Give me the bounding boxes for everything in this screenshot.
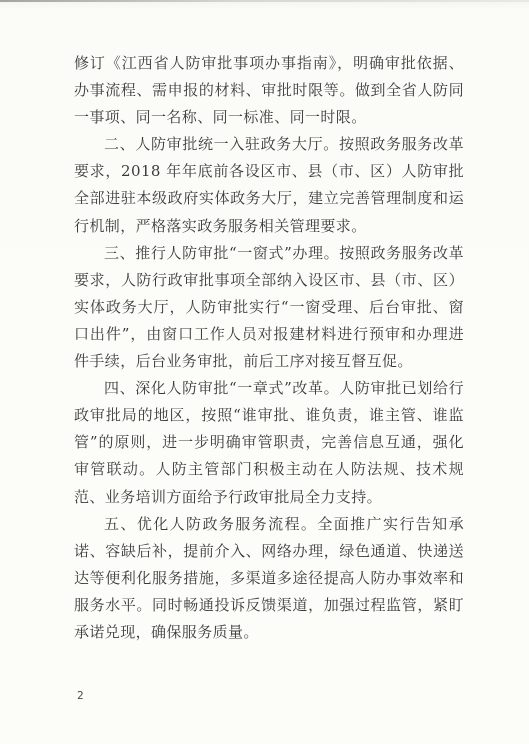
paragraph-item-5: 五、优化人防政务服务流程。全面推广实行告知承诺、容缺后补，提前介入、网络办理，绿…: [74, 511, 464, 646]
document-body: 修订《江西省人防审批事项办事指南》，明确审批依据、办事流程、需申报的材料、审批时…: [74, 50, 464, 646]
paragraph-item-3: 三、推行人防审批“一窗式”办理。按照政务服务改革要求，人防行政审批事项全部纳入设…: [74, 240, 464, 375]
document-page: 修订《江西省人防审批事项办事指南》，明确审批依据、办事流程、需申报的材料、审批时…: [0, 0, 529, 744]
paragraph-continuation: 修订《江西省人防审批事项办事指南》，明确审批依据、办事流程、需申报的材料、审批时…: [74, 50, 464, 131]
page-number: 2: [77, 689, 84, 702]
paragraph-item-4: 四、深化人防审批“一章式”改革。人防审批已划给行政审批局的地区，按照“谁审批、谁…: [74, 375, 464, 510]
scan-edge-artifact: [0, 0, 529, 2]
paragraph-item-2: 二、人防审批统一入驻政务大厅。按照政务服务改革要求，2018 年年底前各设区市、…: [74, 131, 464, 239]
